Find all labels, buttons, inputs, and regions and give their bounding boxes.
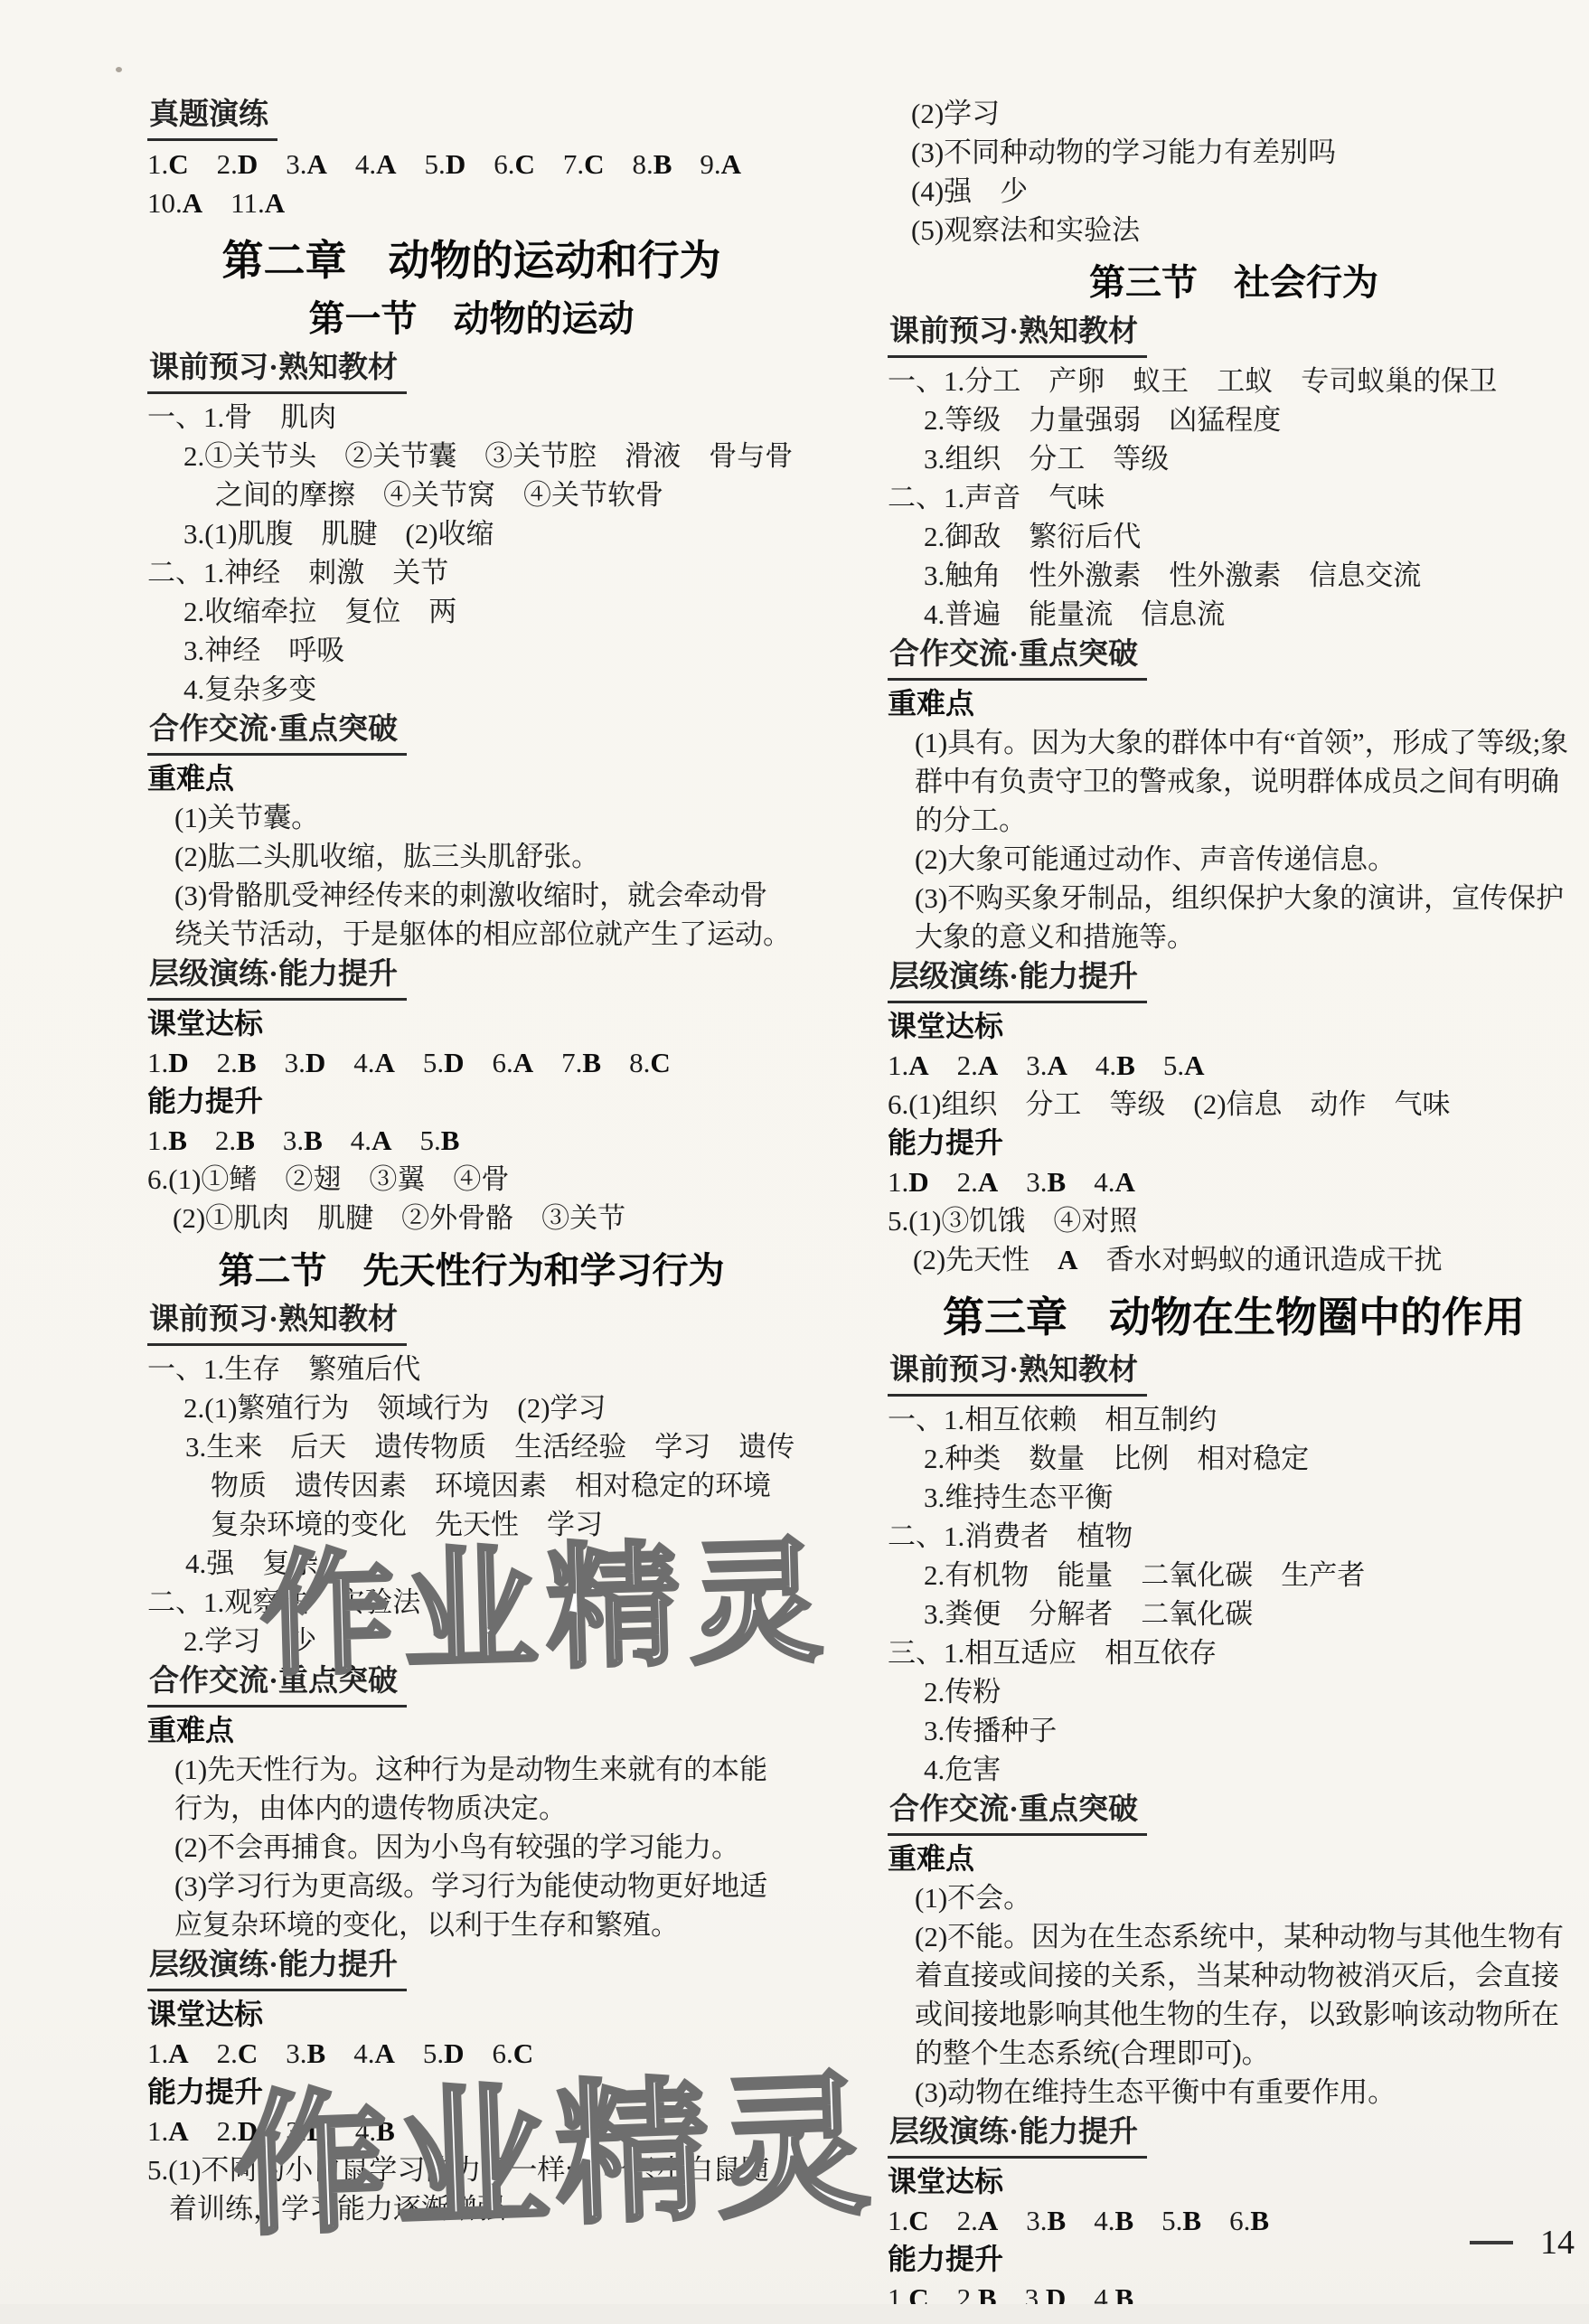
answer-line: 6.(1)①鳍 ②翅 ③翼 ④骨 (147, 1160, 795, 1199)
answer-line: 4.危害 (888, 1750, 1580, 1789)
group-label: 重难点 (147, 1711, 795, 1750)
answer-line: 2.(1)繁殖行为 领域行为 (2)学习 (147, 1388, 795, 1427)
answer-line: 一、1.分工 产卵 蚁王 工蚁 专司蚁巢的保卫 (888, 362, 1580, 400)
answer-line: (1)不会。 (888, 1878, 1580, 1917)
answer-line: (3)不购买象牙制品，组织保护大象的演讲，宣传保护大象的意义和措施等。 (888, 879, 1580, 956)
group-label: 课堂达标 (147, 1995, 795, 2034)
chapter-heading: 第三章 动物在生物圈中的作用 (888, 1292, 1580, 1342)
answer-line: 4.强 复杂 (147, 1544, 795, 1583)
answer-line: (2)先天性 A 香水对蚂蚁的通讯造成干扰 (888, 1240, 1580, 1279)
answer-line: 4.复杂多变 (147, 670, 795, 709)
answer-line: (3)学习行为更高级。学习行为能使动物更好地适应复杂环境的变化，以利于生存和繁殖… (147, 1867, 795, 1944)
tagline-text: 层级演练·能力提升 (147, 1946, 407, 1991)
answer-line: 1.C 2.D 3.A 4.A 5.D 6.C 7.C 8.B 9.A (147, 145, 795, 183)
answer-line: 2.收缩牵拉 复位 两 (147, 592, 795, 631)
answer-line: 1.B 2.B 3.B 4.A 5.B (147, 1121, 795, 1160)
answer-line: 二、1.声音 气味 (888, 478, 1580, 517)
answer-line: 4.普遍 能量流 信息流 (888, 595, 1580, 634)
chapter-heading: 第二章 动物的运动和行为 (147, 235, 795, 286)
answer-line: 3.神经 呼吸 (147, 631, 795, 670)
tagline-text: 合作交流·重点突破 (147, 1662, 407, 1708)
column-tagline: 课前预习·熟知教材 (888, 1351, 1580, 1397)
group-label: 能力提升 (147, 2073, 795, 2112)
column-tagline: 合作交流·重点突破 (147, 710, 795, 756)
tagline-text: 合作交流·重点突破 (888, 1791, 1147, 1836)
answer-line: (1)具有。因为大象的群体中有“首领”，形成了等级;象群中有负责守卫的警戒象，说… (888, 723, 1580, 840)
answer-line: (1)关节囊。 (147, 798, 795, 837)
answer-line: 1.A 2.D 3.D 4.B (147, 2112, 795, 2150)
group-label: 能力提升 (147, 1082, 795, 1121)
column-tagline: 真题演练 (147, 96, 795, 141)
answer-line: 2.种类 数量 比例 相对稳定 (888, 1439, 1580, 1478)
page-number-dash (1470, 2241, 1513, 2244)
answer-line: 二、1.观察法 实验法 (147, 1583, 795, 1622)
group-label: 课堂达标 (147, 1004, 795, 1043)
answer-line: 6.(1)组织 分工 等级 (2)信息 动作 气味 (888, 1085, 1580, 1124)
answer-line: (3)不同种动物的学习能力有差别吗 (888, 133, 1580, 172)
answer-line: 一、1.生存 繁殖后代 (147, 1350, 795, 1388)
group-label: 重难点 (147, 759, 795, 798)
answer-line: 3.组织 分工 等级 (888, 439, 1580, 478)
column-tagline: 层级演练·能力提升 (147, 955, 795, 1001)
answer-line: (2)不能。因为在生态系统中，某种动物与其他生物有着直接或间接的关系，当某种动物… (888, 1917, 1580, 2073)
answer-line: (2)①肌肉 肌腱 ②外骨骼 ③关节 (147, 1199, 795, 1237)
answer-line: 三、1.相互适应 相互依存 (888, 1633, 1580, 1672)
answer-line: 2.有机物 能量 二氧化碳 生产者 (888, 1556, 1580, 1595)
answer-line: 3.触角 性外激素 性外激素 信息交流 (888, 556, 1580, 595)
answer-line: (5)观察法和实验法 (888, 211, 1580, 249)
answer-line: 二、1.神经 刺激 关节 (147, 553, 795, 592)
tagline-text: 合作交流·重点突破 (147, 710, 407, 756)
column-tagline: 课前预习·熟知教材 (888, 313, 1580, 358)
answer-line: (2)学习 (888, 94, 1580, 133)
tagline-text: 真题演练 (147, 96, 277, 141)
answer-line: 5.(1)不同的小白鼠学习能力不一样;同一只小白鼠随着训练，学习能力逐渐增强 (147, 2150, 795, 2228)
answer-line: 1.D 2.A 3.B 4.A (888, 1162, 1580, 1201)
answer-line: 二、1.消费者 植物 (888, 1517, 1580, 1556)
answer-line: 3.(1)肌腹 肌腱 (2)收缩 (147, 514, 795, 553)
answer-line: 2.御敌 繁衍后代 (888, 517, 1580, 556)
answer-line: 1.A 2.C 3.B 4.A 5.D 6.C (147, 2034, 795, 2073)
tagline-text: 课前预习·熟知教材 (147, 1301, 407, 1346)
scan-speck (116, 67, 122, 72)
answer-line: 5.(1)③饥饿 ④对照 (888, 1201, 1580, 1240)
group-label: 课堂达标 (888, 1007, 1580, 1046)
answer-line: 2.传粉 (888, 1672, 1580, 1711)
answer-line: 3.粪便 分解者 二氧化碳 (888, 1595, 1580, 1633)
answer-line: (1)先天性行为。这种行为是动物生来就有的本能行为，由体内的遗传物质决定。 (147, 1750, 795, 1828)
scanned-answer-page: 真题演练1.C 2.D 3.A 4.A 5.D 6.C 7.C 8.B 9.A1… (0, 0, 1589, 2324)
column-tagline: 层级演练·能力提升 (888, 2113, 1580, 2159)
answer-line: (3)骨骼肌受神经传来的刺激收缩时，就会牵动骨绕关节活动，于是躯体的相应部位就产… (147, 876, 795, 954)
page-number: 14 (1470, 2225, 1575, 2260)
column-tagline: 课前预习·熟知教材 (147, 1301, 795, 1346)
column-tagline: 合作交流·重点突破 (888, 1791, 1580, 1836)
tagline-text: 课前预习·熟知教材 (888, 1351, 1147, 1397)
answer-line: 2.①关节头 ②关节囊 ③关节腔 滑液 骨与骨之间的摩擦 ④关节窝 ④关节软骨 (147, 437, 795, 514)
answer-line: 3.传播种子 (888, 1711, 1580, 1750)
answer-line: 2.学习 少 (147, 1622, 795, 1661)
column-tagline: 课前预习·熟知教材 (147, 349, 795, 394)
column-tagline: 合作交流·重点突破 (147, 1662, 795, 1708)
answer-line: 1.D 2.B 3.D 4.A 5.D 6.A 7.B 8.C (147, 1043, 795, 1082)
tagline-text: 层级演练·能力提升 (147, 955, 407, 1001)
tagline-text: 课前预习·熟知教材 (888, 313, 1147, 358)
page-number-value: 14 (1540, 2225, 1575, 2260)
answer-line: 1.A 2.A 3.A 4.B 5.A (888, 1046, 1580, 1085)
right-column: (2)学习(3)不同种动物的学习能力有差别吗(4)强 少(5)观察法和实验法第三… (888, 94, 1580, 2318)
answer-line: 一、1.骨 肌肉 (147, 398, 795, 437)
answer-line: 3.生来 后天 遗传物质 生活经验 学习 遗传物质 遗传因素 环境因素 相对稳定… (147, 1427, 795, 1544)
column-tagline: 层级演练·能力提升 (888, 958, 1580, 1003)
group-label: 重难点 (888, 1839, 1580, 1878)
column-tagline: 层级演练·能力提升 (147, 1946, 795, 1991)
answer-line: 一、1.相互依赖 相互制约 (888, 1400, 1580, 1439)
section-heading: 第一节 动物的运动 (147, 296, 795, 342)
left-column: 真题演练1.C 2.D 3.A 4.A 5.D 6.C 7.C 8.B 9.A1… (147, 94, 795, 2228)
section-heading: 第三节 社会行为 (888, 260, 1580, 306)
section-heading: 第二节 先天性行为和学习行为 (147, 1248, 795, 1294)
answer-line: (2)肱二头肌收缩，肱三头肌舒张。 (147, 837, 795, 876)
tagline-text: 层级演练·能力提升 (888, 958, 1147, 1003)
answer-line: (3)动物在维持生态平衡中有重要作用。 (888, 2073, 1580, 2112)
tagline-text: 层级演练·能力提升 (888, 2113, 1147, 2159)
answer-line: (4)强 少 (888, 172, 1580, 211)
answer-line: (2)大象可能通过动作、声音传递信息。 (888, 840, 1580, 879)
answer-line: 10.A 11.A (147, 183, 795, 222)
scan-bottom-edge (0, 2304, 1589, 2324)
answer-line: 2.等级 力量强弱 凶猛程度 (888, 400, 1580, 439)
answer-line: (2)不会再捕食。因为小鸟有较强的学习能力。 (147, 1828, 795, 1867)
group-label: 重难点 (888, 684, 1580, 723)
tagline-text: 合作交流·重点突破 (888, 635, 1147, 681)
group-label: 能力提升 (888, 1124, 1580, 1162)
answer-line: 3.维持生态平衡 (888, 1478, 1580, 1517)
column-tagline: 合作交流·重点突破 (888, 635, 1580, 681)
tagline-text: 课前预习·熟知教材 (147, 349, 407, 394)
group-label: 课堂达标 (888, 2162, 1580, 2201)
